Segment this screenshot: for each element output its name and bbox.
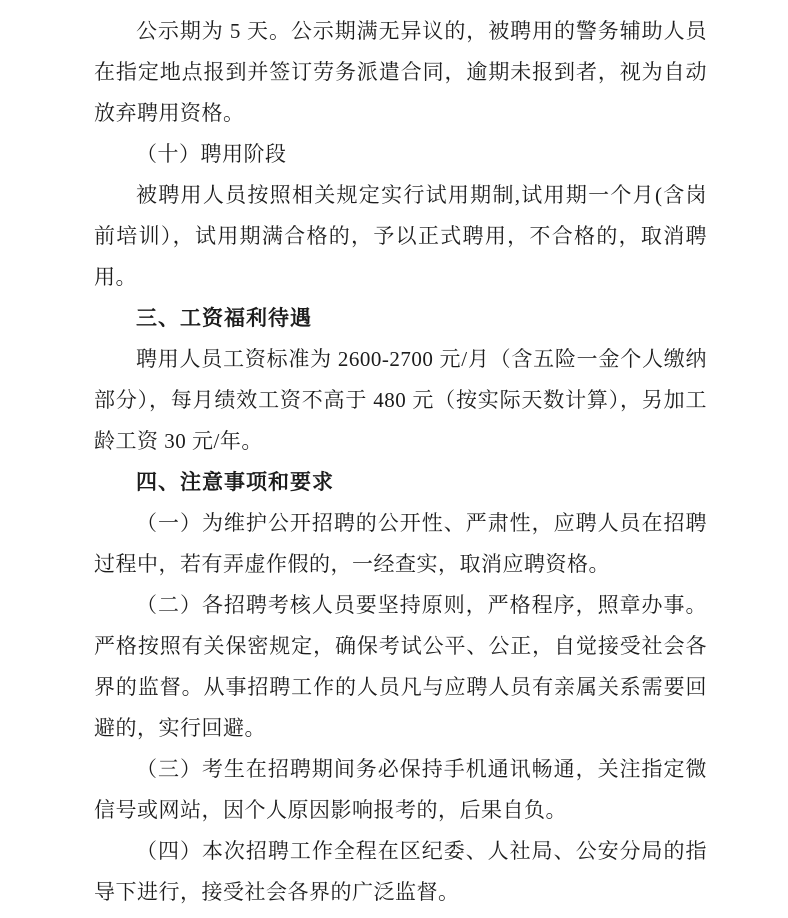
paragraph-public-notice-period: 公示期为 5 天。公示期满无异议的，被聘用的警务辅助人员在指定地点报到并签订劳务… (94, 11, 707, 134)
paragraph-hiring-stage-title: （十）聘用阶段 (94, 134, 707, 175)
document-page: 公示期为 5 天。公示期满无异议的，被聘用的警务辅助人员在指定地点报到并签订劳务… (0, 0, 788, 918)
paragraph-probation-period: 被聘用人员按照相关规定实行试用期制,试用期一个月(含岗前培训），试用期满合格的，… (94, 175, 707, 298)
paragraph-note-1-integrity: （一）为维护公开招聘的公开性、严肃性，应聘人员在招聘过程中，若有弄虚作假的，一经… (94, 503, 707, 585)
paragraph-salary-standard: 聘用人员工资标准为 2600-2700 元/月（含五险一金个人缴纳部分），每月绩… (94, 339, 707, 462)
paragraph-note-4-supervision: （四）本次招聘工作全程在区纪委、人社局、公安分局的指导下进行，接受社会各界的广泛… (94, 831, 707, 913)
heading-salary-benefits: 三、工资福利待遇 (94, 298, 707, 339)
heading-notes-requirements: 四、注意事项和要求 (94, 462, 707, 503)
paragraph-note-2-recusal: （二）各招聘考核人员要坚持原则，严格程序，照章办事。严格按照有关保密规定，确保考… (94, 585, 707, 749)
paragraph-note-3-phone-contact: （三）考生在招聘期间务必保持手机通讯畅通，关注指定微信号或网站，因个人原因影响报… (94, 749, 707, 831)
document-body: 公示期为 5 天。公示期满无异议的，被聘用的警务辅助人员在指定地点报到并签订劳务… (94, 11, 707, 913)
